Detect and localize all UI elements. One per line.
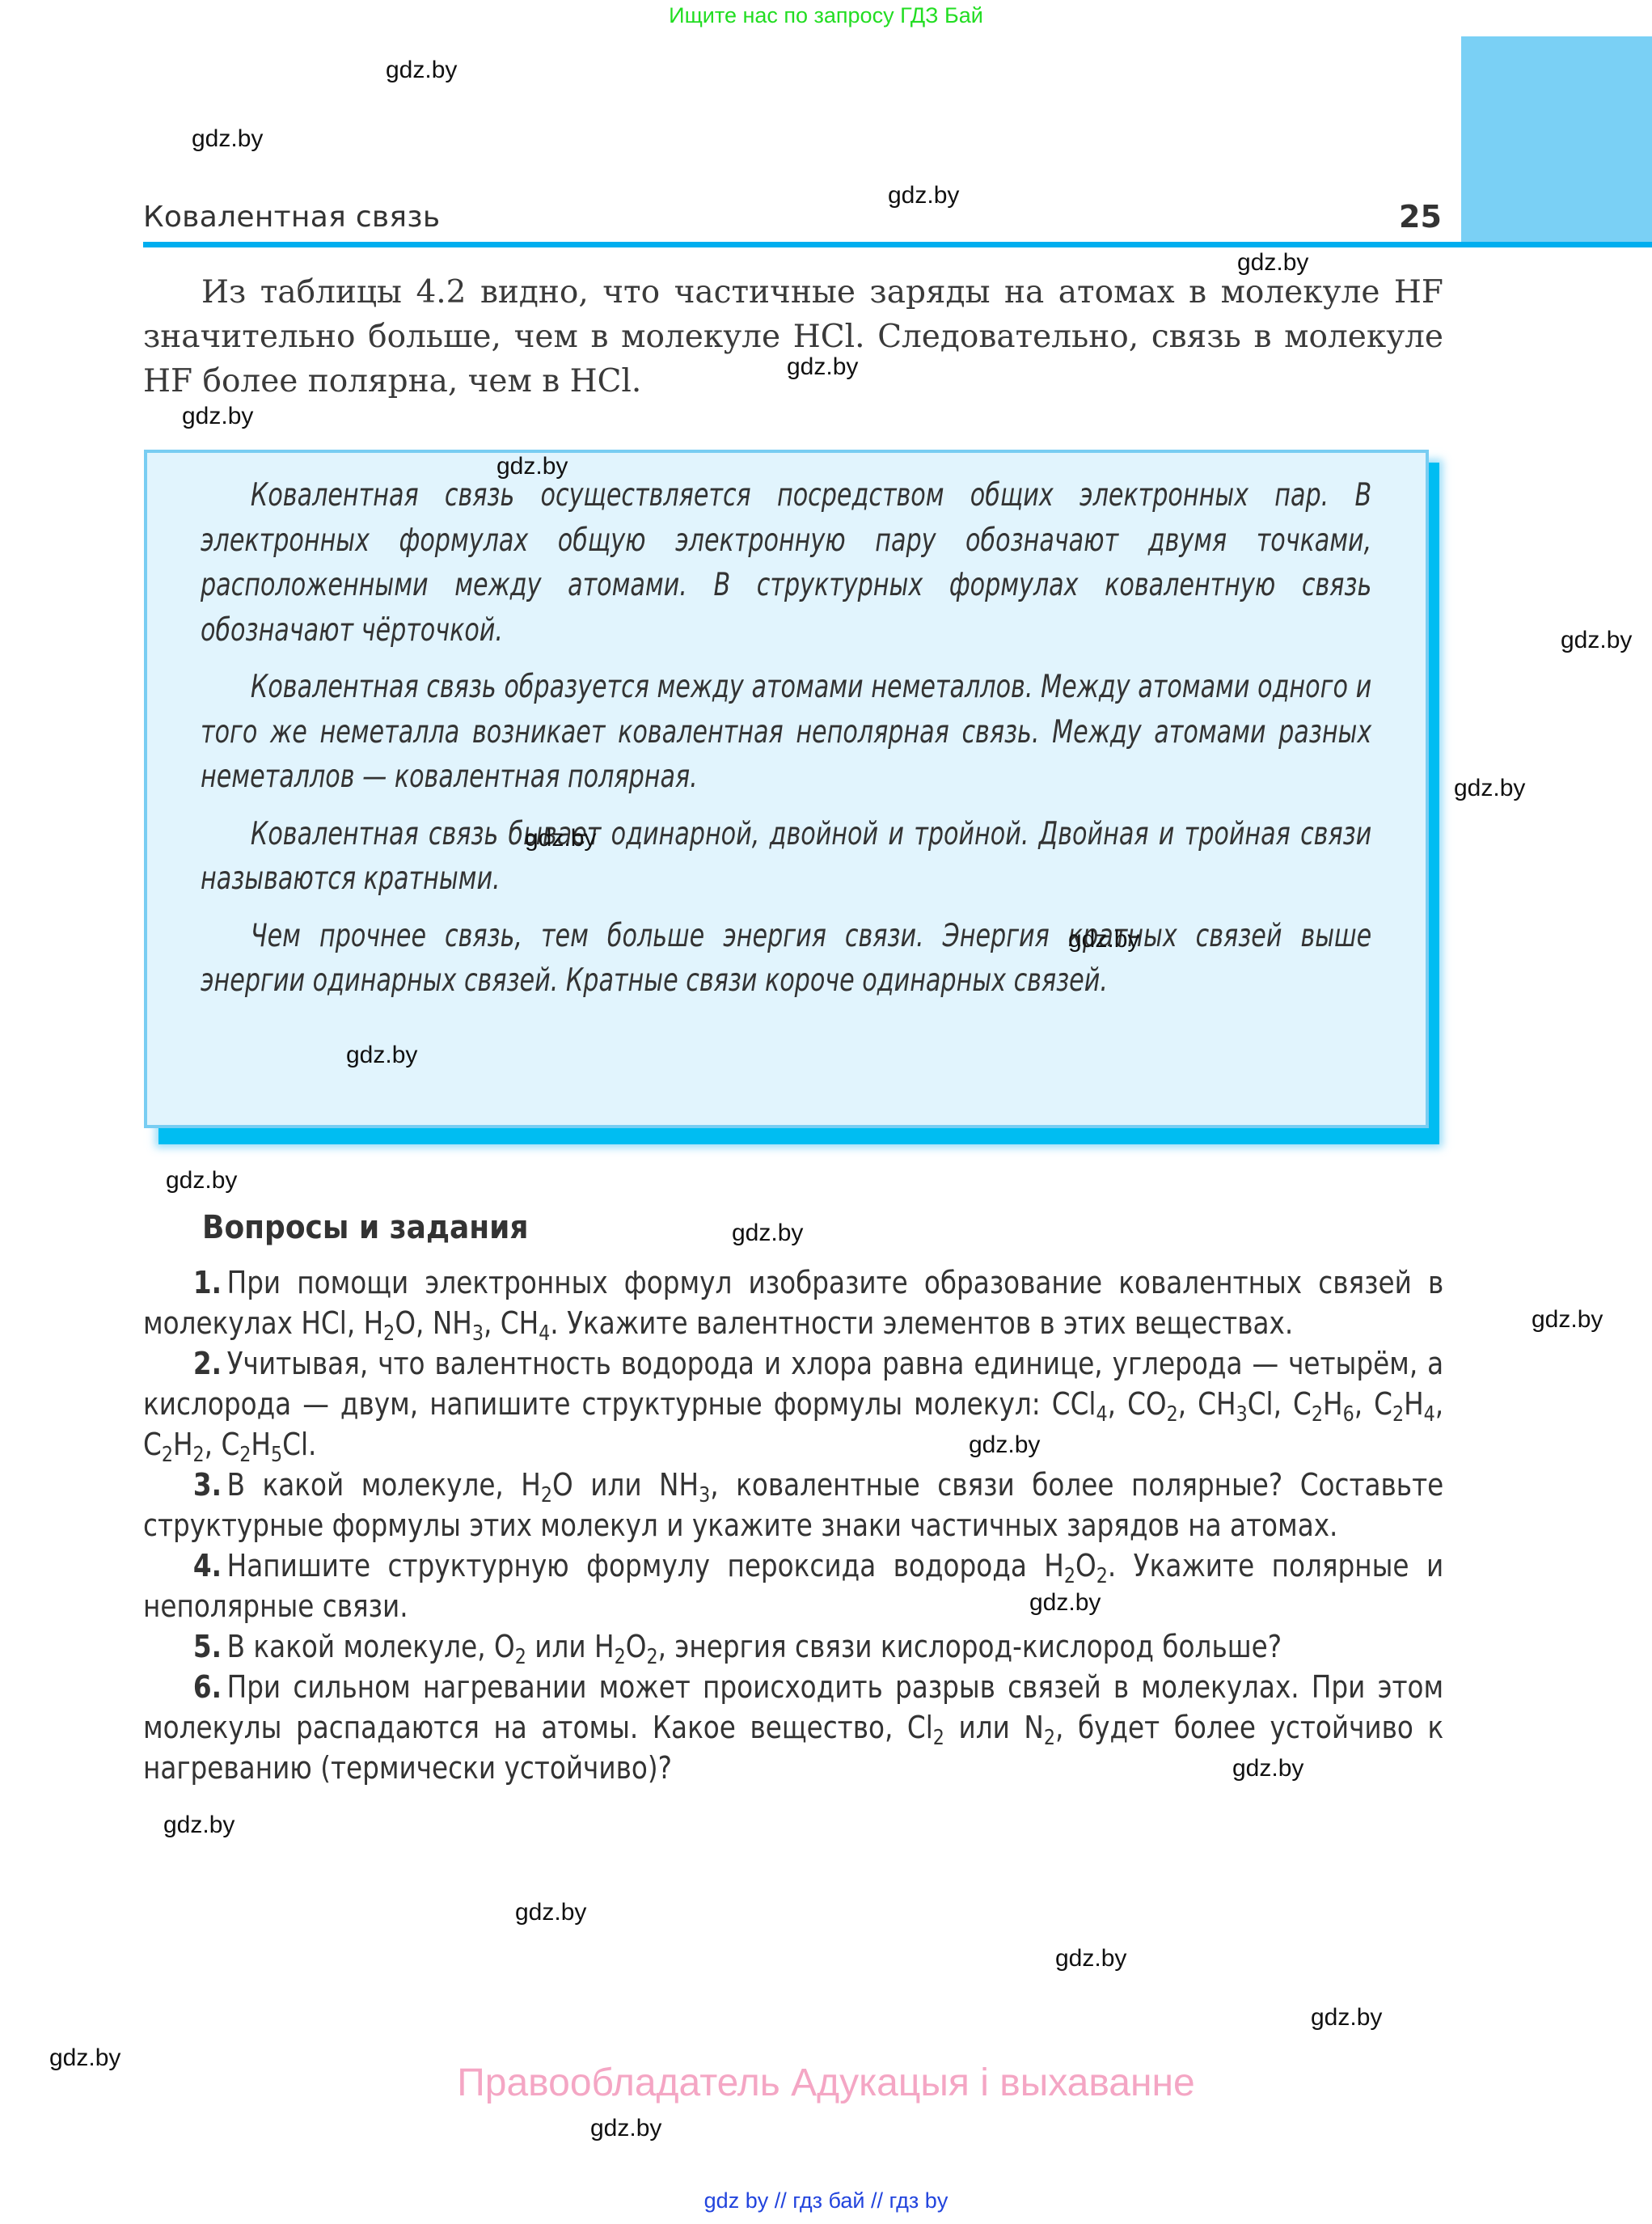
question-item: 1. При помощи электронных формул изобраз… xyxy=(143,1262,1443,1343)
footer-links: gdz by // гдз бай // гдз by xyxy=(0,2188,1652,2213)
watermark: gdz.by xyxy=(163,1812,234,1839)
rule-paragraph: Ковалентная связь образуется между атома… xyxy=(201,665,1371,800)
watermark: gdz.by xyxy=(182,403,253,430)
chapter-side-tab xyxy=(1461,36,1652,243)
footer-separator: // xyxy=(871,2188,883,2213)
watermark: gdz.by xyxy=(1068,926,1139,953)
watermark: gdz.by xyxy=(1055,1945,1126,1972)
watermark: gdz.by xyxy=(1311,2004,1382,2032)
footer-link-gdz-by[interactable]: gdz by xyxy=(704,2188,769,2213)
question-item: 3. В какой молекуле, H2O или NH3, ковале… xyxy=(143,1465,1443,1545)
question-number: 5. xyxy=(193,1629,222,1664)
watermark: gdz.by xyxy=(787,353,858,381)
question-number: 1. xyxy=(193,1265,222,1300)
questions-list: 1. При помощи электронных формул изобраз… xyxy=(143,1262,1443,1788)
footer-link-gdz-bai[interactable]: гдз бай xyxy=(792,2188,864,2213)
watermark: gdz.by xyxy=(1232,1755,1303,1782)
watermark: gdz.by xyxy=(1237,249,1308,277)
question-number: 4. xyxy=(193,1548,222,1583)
footer-separator: // xyxy=(775,2188,787,2213)
question-item: 4. Напишите структурную формулу пероксид… xyxy=(143,1545,1443,1626)
question-item: 5. В какой молекуле, O2 или H2O2, энерги… xyxy=(143,1626,1443,1667)
intro-text: Из таблицы 4.2 видно, что частичные заря… xyxy=(143,270,1443,404)
header-rule xyxy=(143,242,1652,247)
rule-paragraph: Ковалентная связь осуществляется посредс… xyxy=(201,473,1371,653)
watermark: gdz.by xyxy=(346,1042,417,1069)
question-number: 2. xyxy=(193,1346,222,1381)
watermark: gdz.by xyxy=(496,453,568,480)
watermark: gdz.by xyxy=(515,1899,586,1926)
intro-paragraph: Из таблицы 4.2 видно, что частичные заря… xyxy=(143,270,1443,404)
page-number: 25 xyxy=(1399,199,1442,235)
rule-box-text: Ковалентная связь осуществляется посредс… xyxy=(201,473,1371,1016)
watermark: gdz.by xyxy=(525,825,596,852)
watermark: gdz.by xyxy=(386,57,457,84)
question-number: 3. xyxy=(193,1467,222,1503)
watermark: gdz.by xyxy=(888,182,959,209)
rule-paragraph: Ковалентная связь бывает одинарной, двой… xyxy=(201,812,1371,902)
question-number: 6. xyxy=(193,1669,222,1705)
copyright-notice: Правообладатель Адукацыя і выхаванне xyxy=(0,2061,1652,2105)
footer-link-gdz-by-ru[interactable]: гдз by xyxy=(889,2188,949,2213)
questions-heading: Вопросы и задания xyxy=(202,1209,529,1246)
watermark: gdz.by xyxy=(166,1167,237,1194)
watermark: gdz.by xyxy=(732,1220,803,1247)
watermark: gdz.by xyxy=(1561,627,1632,654)
rule-paragraph: Чем прочнее связь, тем больше энергия св… xyxy=(201,914,1371,1004)
watermark: gdz.by xyxy=(1029,1589,1101,1617)
question-item: 2. Учитывая, что валентность водорода и … xyxy=(143,1343,1443,1465)
watermark: gdz.by xyxy=(192,125,263,153)
watermark: gdz.by xyxy=(1454,775,1525,802)
running-title: Ковалентная связь xyxy=(143,201,440,234)
top-search-banner: Ищите нас по запросу ГДЗ Бай xyxy=(0,3,1652,28)
watermark: gdz.by xyxy=(590,2115,661,2142)
watermark: gdz.by xyxy=(1532,1306,1603,1334)
watermark: gdz.by xyxy=(969,1431,1040,1459)
